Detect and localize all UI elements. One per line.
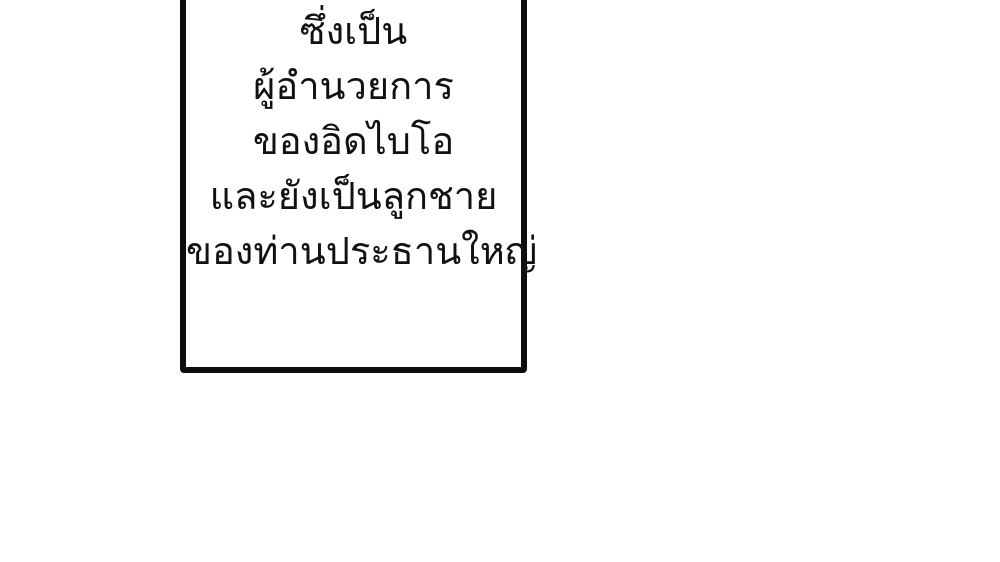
dialogue-line-3: ของอิดไบโอ: [186, 114, 521, 169]
dialogue-line-2: ผู้อำนวยการ: [186, 59, 521, 114]
dialogue-text-block: ซึ่งเป็น ผู้อำนวยการ ของอิดไบโอ และยังเป…: [186, 0, 521, 279]
dialogue-line-4: และยังเป็นลูกชาย: [186, 169, 521, 224]
dialogue-line-1: ซึ่งเป็น: [186, 4, 521, 59]
dialogue-line-5: ของท่านประธานใหญ่: [186, 224, 521, 279]
dialogue-box: ซึ่งเป็น ผู้อำนวยการ ของอิดไบโอ และยังเป…: [180, 0, 527, 373]
comic-page: ซึ่งเป็น ผู้อำนวยการ ของอิดไบโอ และยังเป…: [0, 0, 1000, 562]
